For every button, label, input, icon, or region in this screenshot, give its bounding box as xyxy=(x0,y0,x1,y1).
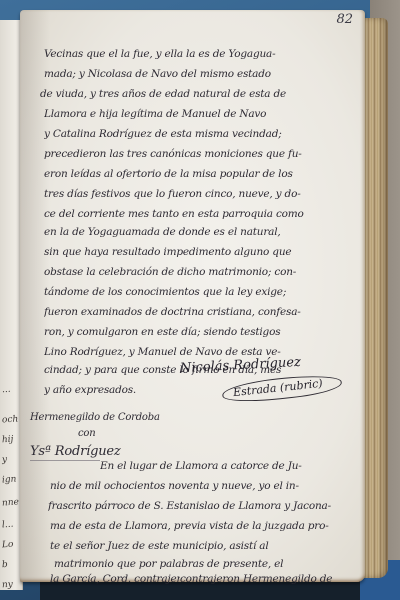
facing-page-fragment: Lo xyxy=(2,540,14,551)
entry-1-line: Llamora e hija legítima de Manuel de Nav… xyxy=(44,108,354,120)
margin-note-line: Hermenegildo de Cordoba xyxy=(30,412,160,423)
entry-1-line: tres días festivos que lo fueron cinco, … xyxy=(44,188,354,200)
entry-1-line: sin que haya resultado impedimento algun… xyxy=(44,246,354,258)
margin-note-underline xyxy=(30,460,100,461)
facing-page-fragment: ... xyxy=(2,385,11,396)
entry-1-line: mada; y Nicolasa de Navo del mismo estad… xyxy=(44,68,354,80)
entry-1-line: precedieron las tres canónicas monicione… xyxy=(44,148,354,160)
entry-1-line: y Catalina Rodríguez de esta misma vecin… xyxy=(44,128,354,140)
entry-1-line: y año expresados. xyxy=(44,384,184,396)
entry-2-line: la García, Cord. contrajeron xyxy=(50,573,180,585)
entry-2-line: contrajeron Hermenegildo de xyxy=(180,573,350,585)
manuscript-page: 82 Vecinas que el la fue, y ella la es d… xyxy=(20,10,365,582)
facing-page-fragment: hij xyxy=(2,435,14,446)
entry-1-line: Lino Rodríguez, y Manuel de Navo de esta… xyxy=(44,346,354,358)
facing-page-fragment: ign xyxy=(2,475,17,486)
entry-1-line: en la de Yogaguamada de donde es el natu… xyxy=(44,226,354,238)
entry-1-line: obstase la celebración de dicho matrimon… xyxy=(44,266,354,278)
margin-note-line: Ysª Rodríguez xyxy=(30,444,121,459)
entry-1-line: ron, y comulgaron en este día; siendo te… xyxy=(44,326,354,338)
entry-2-line: nio de mil ochocientos noventa y nueve, … xyxy=(50,480,360,492)
facing-page-fragment: b xyxy=(2,560,8,570)
facing-page-fragment: l... xyxy=(2,520,14,531)
facing-page-fragment: nne xyxy=(2,497,20,508)
entry-2-line: En el lugar de Llamora a catorce de Ju- xyxy=(100,460,350,472)
entry-2-line: te el señor Juez de este municipio, asis… xyxy=(50,540,360,552)
entry-1-line: fueron examinados de doctrina cristiana,… xyxy=(44,306,354,318)
rubric-signature: Estrada (rubric) xyxy=(221,372,342,405)
facing-page-fragment: och xyxy=(2,414,19,425)
entry-1-line: de viuda, y tres años de edad natural de… xyxy=(40,88,350,100)
entry-1-line: ce del corriente mes tanto en esta parro… xyxy=(44,208,354,220)
margin-note-line: con xyxy=(78,428,95,439)
facing-page-fragment: ny xyxy=(2,580,14,591)
facing-page-fragment: y xyxy=(2,455,8,465)
entry-2-line: ma de esta de Llamora, previa vista de l… xyxy=(50,520,360,532)
folio-number: 82 xyxy=(336,12,353,27)
entry-1-line: tándome de los conocimientos que la ley … xyxy=(44,286,354,298)
entry-1-line: Vecinas que el la fue, y ella la es de Y… xyxy=(44,48,354,60)
entry-2-line: matrimonio que por palabras de presente,… xyxy=(54,558,364,570)
entry-1-line: eron leídas al ofertorio de la misa popu… xyxy=(44,168,354,180)
entry-2-line: frascrito párroco de S. Estanislao de Ll… xyxy=(48,500,358,512)
